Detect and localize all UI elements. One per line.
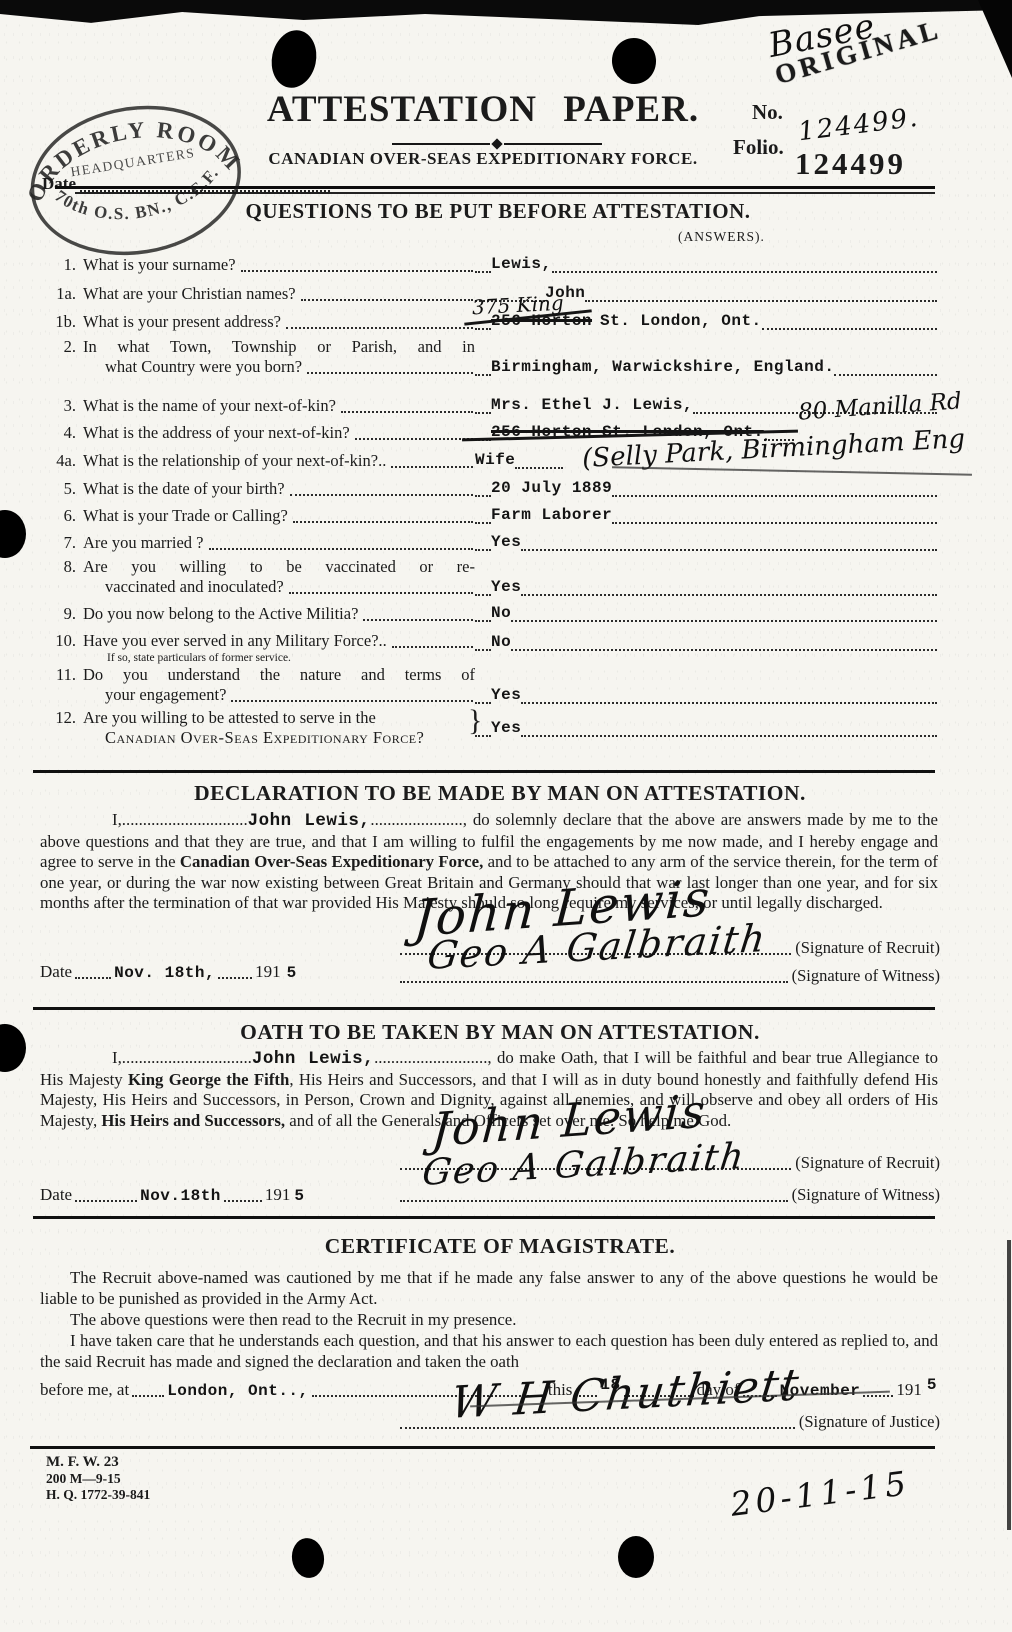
oath-name-typed: John Lewis,: [252, 1049, 374, 1069]
date-label: Date: [40, 1185, 72, 1205]
punch-hole: [0, 510, 26, 558]
question-row-7: 7. Are you married ? Yes: [40, 533, 937, 553]
date-value-typed: Nov.18th: [140, 1187, 221, 1205]
oath-heading: OATH TO BE TAKEN BY MAN ON ATTESTATION.: [40, 1020, 960, 1045]
year-typed: 5: [287, 964, 297, 982]
divider-ornament: [392, 140, 602, 148]
handwritten-nextofkin-address: 80 Manilla Rd: [797, 388, 962, 425]
answer-text: Mrs. Ethel J. Lewis,: [491, 396, 693, 414]
dotted-leader: [475, 536, 491, 551]
dotted-leader: [475, 509, 491, 524]
question-text: Do you understand the nature and terms o…: [83, 665, 475, 685]
question-text: Do you now belong to the Active Militia?: [83, 604, 358, 624]
ink-blot: [609, 35, 659, 87]
question-note: If so, state particulars of former servi…: [83, 652, 475, 664]
answer-text: Farm Laborer: [491, 506, 612, 524]
dotted-leader: [521, 722, 937, 737]
dotted-leader: [301, 286, 473, 301]
dotted-leader: [231, 687, 473, 702]
dotted-text: ......................: [370, 810, 462, 829]
punch-hole: [0, 1024, 26, 1072]
question-text: What is your Trade or Calling?: [83, 506, 288, 526]
question-number: 1a.: [40, 284, 83, 304]
declaration-date-line: Date Nov. 18th, 191 5: [40, 962, 297, 982]
section-rule: [33, 1007, 935, 1010]
dotted-leader: [293, 508, 473, 523]
answer-text: 20 July 1889: [491, 479, 612, 497]
year-typed: 5: [294, 1187, 304, 1205]
question-number: 8.: [40, 557, 83, 577]
question-number: 11.: [40, 665, 83, 685]
question-text: Have you ever served in any Military For…: [83, 631, 387, 651]
signature-of-recruit-label: (Signature of Recruit): [795, 1153, 940, 1173]
year-typed: 5: [927, 1376, 937, 1394]
question-number: 1b.: [40, 312, 83, 332]
dotted-leader: [475, 482, 491, 497]
dotted-leader: [511, 607, 937, 622]
handwritten-bottom-date: 20-11-15: [728, 1463, 912, 1524]
question-text-2: vaccinated and inoculated?: [105, 577, 284, 597]
signature-of-witness-label: (Signature of Witness): [792, 1185, 940, 1205]
question-text: Are you married ?: [83, 533, 204, 553]
before-me-label: before me, at: [40, 1380, 129, 1400]
print-run-code: 200 M—9-15: [46, 1471, 121, 1487]
dotted-leader: [218, 964, 252, 979]
dotted-leader: [391, 453, 473, 468]
year-printed: 191: [255, 962, 281, 982]
oath-date-line: Date Nov.18th 191 5: [40, 1185, 305, 1205]
dotted-leader: [75, 964, 111, 979]
question-row-9: 9. Do you now belong to the Active Milit…: [40, 604, 937, 624]
witness-signature-line: (Signature of Witness): [400, 1185, 940, 1205]
witness-signature-line: (Signature of Witness): [400, 966, 940, 986]
question-number: 6.: [40, 506, 83, 526]
form-code: M. F. W. 23: [46, 1454, 119, 1471]
year-printed: 191: [265, 1185, 291, 1205]
dotted-leader: [475, 607, 491, 622]
hq-code: H. Q. 1772-39-841: [46, 1487, 150, 1503]
dotted-leader: [286, 314, 473, 329]
date-value-typed: Nov. 18th,: [114, 964, 215, 982]
no-label: No.: [752, 100, 783, 125]
dotted-leader: [475, 689, 491, 704]
question-number: 1.: [40, 255, 83, 275]
question-number: 9.: [40, 604, 83, 624]
question-text: Are you willing to be vaccinated or re-: [83, 557, 475, 577]
answer-text: Yes: [491, 578, 521, 596]
dotted-text: ..............................: [122, 810, 248, 829]
dotted-leader: [612, 482, 937, 497]
declaration-heading: DECLARATION TO BE MADE BY MAN ON ATTESTA…: [40, 781, 960, 806]
question-number: 3.: [40, 396, 83, 416]
answer-text: Yes: [491, 533, 521, 551]
answer-text: No: [491, 604, 511, 622]
section-rule: [33, 1216, 935, 1219]
punch-hole: [289, 1536, 326, 1580]
question-row-11: 11. Do you understand the nature and ter…: [40, 665, 937, 705]
declaration-body-bold: Canadian Over-Seas Expeditionary Force,: [180, 852, 483, 871]
dotted-leader: [363, 606, 473, 621]
magistrate-paragraph-2: The above questions were then read to th…: [40, 1310, 938, 1331]
answer-text: Lewis,: [491, 255, 552, 273]
dotted-leader: [612, 509, 937, 524]
dotted-leader: [289, 579, 473, 594]
oath-body-bold: King George the Fifth: [128, 1070, 289, 1089]
question-number: 4.: [40, 423, 83, 443]
question-row-1: 1. What is your surname? Lewis,: [40, 255, 937, 275]
dotted-text: ...............................: [122, 1048, 252, 1067]
answer-text: Wife: [475, 451, 515, 469]
dotted-leader: [475, 399, 491, 414]
dotted-leader: [552, 258, 937, 273]
dotted-leader: [521, 536, 937, 551]
dotted-leader: [475, 258, 491, 273]
dotted-leader: [475, 361, 491, 376]
dotted-leader: [475, 581, 491, 596]
dotted-leader: [515, 454, 563, 469]
question-text: What is the name of your next-of-kin?: [83, 396, 336, 416]
signature-of-justice-label: (Signature of Justice): [799, 1412, 940, 1432]
dotted-leader: [290, 481, 473, 496]
answer-text: No: [491, 633, 511, 651]
footer-rule: [30, 1446, 935, 1449]
question-number: 12.: [40, 708, 83, 728]
question-number: 2.: [40, 337, 83, 357]
section-rule: [33, 770, 935, 773]
ink-blot: [266, 26, 321, 92]
question-row-5: 5. What is the date of your birth? 20 Ju…: [40, 479, 937, 499]
justice-signature-line: (Signature of Justice): [400, 1412, 940, 1432]
dotted-leader: [762, 315, 937, 330]
question-row-12: 12. Are you willing to be attested to se…: [40, 708, 937, 748]
dotted-leader: [521, 581, 937, 596]
questions-heading: QUESTIONS TO BE PUT BEFORE ATTESTATION.: [40, 199, 956, 224]
magistrate-paragraph-1: The Recruit above-named was cautioned by…: [40, 1268, 938, 1309]
dotted-leader: [341, 398, 473, 413]
answer-text: Yes: [491, 719, 521, 737]
place-typed: London, Ont..,: [167, 1382, 308, 1400]
answers-label: (ANSWERS).: [678, 229, 765, 245]
declaration-name-typed: John Lewis,: [248, 811, 371, 831]
question-text: What is the address of your next-of-kin?: [83, 423, 350, 443]
scan-edge-artifact: [1007, 1240, 1011, 1530]
question-row-6: 6. What is your Trade or Calling? Farm L…: [40, 506, 937, 526]
dotted-leader: [863, 1382, 893, 1397]
signature-of-witness-label: (Signature of Witness): [792, 966, 940, 986]
dotted-leader: [475, 636, 491, 651]
year-printed: 191: [896, 1380, 922, 1400]
oath-intro: I,: [112, 1048, 122, 1067]
question-row-2: 2. In what Town, Township or Parish, and…: [40, 337, 937, 377]
magistrate-heading: CERTIFICATE OF MAGISTRATE.: [40, 1234, 960, 1259]
question-text: Are you willing to be attested to serve …: [83, 708, 475, 728]
dotted-leader: [209, 535, 474, 550]
dotted-leader: [241, 257, 473, 272]
question-number: 4a.: [40, 451, 83, 471]
dotted-leader: [132, 1382, 164, 1397]
attestation-paper-page: ATTESTATION PAPER. CANADIAN OVER-SEAS EX…: [0, 0, 1012, 1632]
question-text: What is your surname?: [83, 255, 236, 275]
answer-text: St. London, Ont.: [600, 312, 762, 330]
dotted-leader: [511, 636, 937, 651]
folio-number-stamp: 124499: [795, 146, 906, 182]
orderly-room-stamp: ORDERLY ROOM HEADQUARTERS 70th O.S. BN.,…: [4, 72, 272, 278]
question-number: 5.: [40, 479, 83, 499]
answer-text: Birmingham, Warwickshire, England.: [491, 358, 834, 376]
question-text: What is the relationship of your next-of…: [83, 451, 386, 471]
corner-fold-artifact: [978, 0, 1012, 78]
answer-text: Yes: [491, 686, 521, 704]
dotted-leader: [400, 968, 788, 983]
question-text: In what Town, Township or Parish, and in: [83, 337, 475, 357]
dotted-leader: [355, 425, 473, 440]
question-text-2: your engagement?: [105, 685, 226, 705]
dotted-text: ...........................: [374, 1048, 487, 1067]
question-text-2: Canadian Over-Seas Expeditionary Force?: [83, 728, 475, 748]
dotted-leader: [834, 361, 937, 376]
dotted-leader: [75, 1187, 137, 1202]
question-number: 10.: [40, 631, 83, 651]
dotted-leader: [400, 1187, 788, 1202]
punch-hole: [618, 1536, 654, 1578]
magistrate-paragraph-3: I have taken care that he understands ea…: [40, 1331, 938, 1372]
dotted-leader: [392, 633, 473, 648]
question-text-2: what Country were you born?: [105, 357, 302, 377]
declaration-intro: I,: [112, 810, 122, 829]
oath-body-bold: His Heirs and Successors,: [101, 1111, 285, 1130]
question-text: What is your present address?: [83, 312, 281, 332]
date-label: Date: [40, 962, 72, 982]
dotted-leader: [400, 1414, 795, 1429]
question-text: What are your Christian names?: [83, 284, 296, 304]
question-row-10: 10. Have you ever served in any Military…: [40, 631, 937, 664]
dotted-leader: [224, 1187, 262, 1202]
dotted-leader: [585, 287, 937, 302]
dotted-leader: [307, 359, 473, 374]
signature-of-recruit-label: (Signature of Recruit): [795, 938, 940, 958]
question-number: 7.: [40, 533, 83, 553]
question-text: What is the date of your birth?: [83, 479, 285, 499]
brace-glyph: }: [468, 704, 482, 738]
folio-label: Folio.: [733, 135, 784, 160]
dotted-leader: [521, 689, 937, 704]
question-row-8: 8. Are you willing to be vaccinated or r…: [40, 557, 937, 597]
